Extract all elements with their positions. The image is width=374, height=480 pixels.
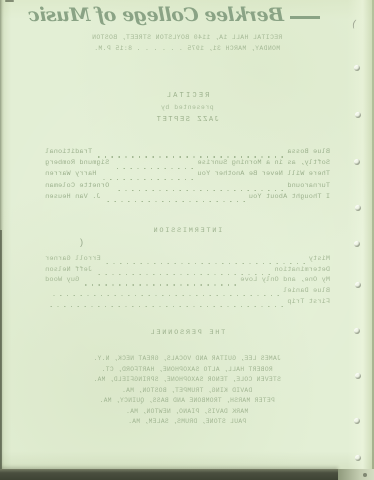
personnel-line: PAUL STONE, DRUMS, SALEM, MA.: [0, 417, 374, 428]
personnel-line: DAVID KING, TRUMPET, BOSTON, MA.: [0, 386, 374, 397]
song-title: First Trip: [287, 298, 330, 306]
punch-hole: [354, 328, 360, 334]
program-part-1: Blue Bossa Traditional Softly, as in a M…: [45, 148, 330, 204]
song-title: Misty: [309, 255, 330, 263]
punch-hole: [355, 205, 361, 211]
program-row: Determination Jeff Nelson: [45, 266, 330, 277]
intermission-heading: INTERMISSION: [0, 227, 374, 235]
heading-line-3: JAZZ SEPTET: [0, 115, 374, 126]
program-row: Misty Erroll Garner: [45, 255, 330, 266]
dot-leader: [96, 274, 270, 275]
song-title: My One, and Only Love: [240, 276, 330, 284]
scan-left-edge-dark: [0, 230, 2, 472]
mirrored-content: Berklee College of Music RECITAL HALL 1A…: [0, 0, 374, 480]
song-title: Blue Daniel: [283, 287, 330, 295]
masthead: Berklee College of Music: [54, 3, 320, 27]
punch-hole: [354, 418, 360, 424]
dot-leader: [105, 201, 245, 202]
page-bottom-corner: [338, 469, 374, 480]
dot-leader: [100, 179, 193, 180]
logo-rule: [290, 16, 320, 19]
dot-leader: [96, 156, 283, 157]
program-row: Blue Daniel: [45, 287, 330, 298]
composer-name: J. Van Heusen: [45, 193, 101, 201]
punch-hole: [355, 455, 361, 461]
personnel-line: PETER MARSH, TROMBONE AND BASS, QUINCY, …: [0, 396, 374, 407]
venue-line: RECITAL HALL 1A, 1140 BOYLSTON STREET, B…: [0, 33, 374, 44]
punch-hole: [355, 373, 361, 379]
composer-name: Guy Wood: [45, 276, 79, 284]
song-title: I Thought About You: [249, 193, 330, 201]
personnel-line: MARK DAVIS, PIANO, NEWTON, MA.: [0, 407, 374, 418]
composer-name: Erroll Garner: [45, 255, 101, 263]
program-part-2: Misty Erroll Garner Determination Jeff N…: [45, 255, 330, 308]
personnel-heading: THE PERSONNEL: [0, 329, 374, 337]
scan-bottom-edge: [0, 469, 338, 480]
punch-hole: [355, 282, 361, 288]
punch-hole: [354, 65, 360, 71]
dot-leader: [83, 284, 236, 285]
personnel-line: STEVEN COLE, TENOR SAXOPHONE, SPRINGFIEL…: [0, 375, 374, 386]
program-row: I Thought About You J. Van Heusen: [45, 193, 330, 204]
program-row: First Trip: [45, 298, 330, 309]
composer-name: Ornette Coleman: [45, 182, 109, 190]
program-row: Softly, as in a Morning Sunrise Sigmund …: [45, 159, 330, 170]
program-row: Blue Bossa Traditional: [45, 148, 330, 159]
heading-line-2: presented by: [0, 102, 374, 113]
college-logo-text: Berklee College of Music: [29, 4, 284, 26]
datetime-line: MONDAY, MARCH 31, 1975 . . . . . . 8:15 …: [0, 44, 374, 55]
bottom-edge-speck: [363, 473, 367, 477]
song-title: There Will Never Be Another You: [197, 170, 330, 178]
scan-top-speck: [5, 0, 14, 2]
composer-name: Jeff Nelson: [45, 266, 92, 274]
program-row: My One, and Only Love Guy Wood: [45, 276, 330, 287]
punch-hole: [354, 241, 360, 247]
heading-line-1: RECITAL: [0, 91, 374, 102]
pen-brace-mark: (: [79, 238, 84, 248]
composer-name: Traditional: [45, 148, 92, 156]
personnel-list: JAMES LEE, GUITAR AND VOCALS, GREAT NECK…: [0, 354, 374, 428]
composer-name: Harry Warren: [45, 170, 96, 178]
dot-leader: [49, 295, 279, 296]
dot-leader: [113, 190, 283, 191]
dot-leader: [49, 306, 283, 307]
punch-hole: [355, 112, 361, 118]
dot-leader: [105, 263, 305, 264]
dot-leader: [113, 168, 193, 169]
composer-name: Sigmund Romberg: [45, 159, 109, 167]
song-title: Softly, as in a Morning Sunrise: [197, 159, 330, 167]
personnel-line: JAMES LEE, GUITAR AND VOCALS, GREAT NECK…: [0, 354, 374, 365]
program-heading: RECITAL presented by JAZZ SEPTET: [0, 91, 374, 126]
program-row: Turnaround Ornette Coleman: [45, 182, 330, 193]
program-row: There Will Never Be Another You Harry Wa…: [45, 170, 330, 181]
scanned-program-page: Berklee College of Music RECITAL HALL 1A…: [0, 0, 374, 480]
personnel-line: ROBERT HALL, ALTO SAXOPHONE, HARTFORD, C…: [0, 365, 374, 376]
song-title: Turnaround: [287, 182, 330, 190]
song-title: Blue Bossa: [287, 148, 330, 156]
event-header: RECITAL HALL 1A, 1140 BOYLSTON STREET, B…: [0, 33, 374, 54]
punch-hole: [354, 159, 360, 165]
song-title: Determination: [274, 266, 330, 274]
